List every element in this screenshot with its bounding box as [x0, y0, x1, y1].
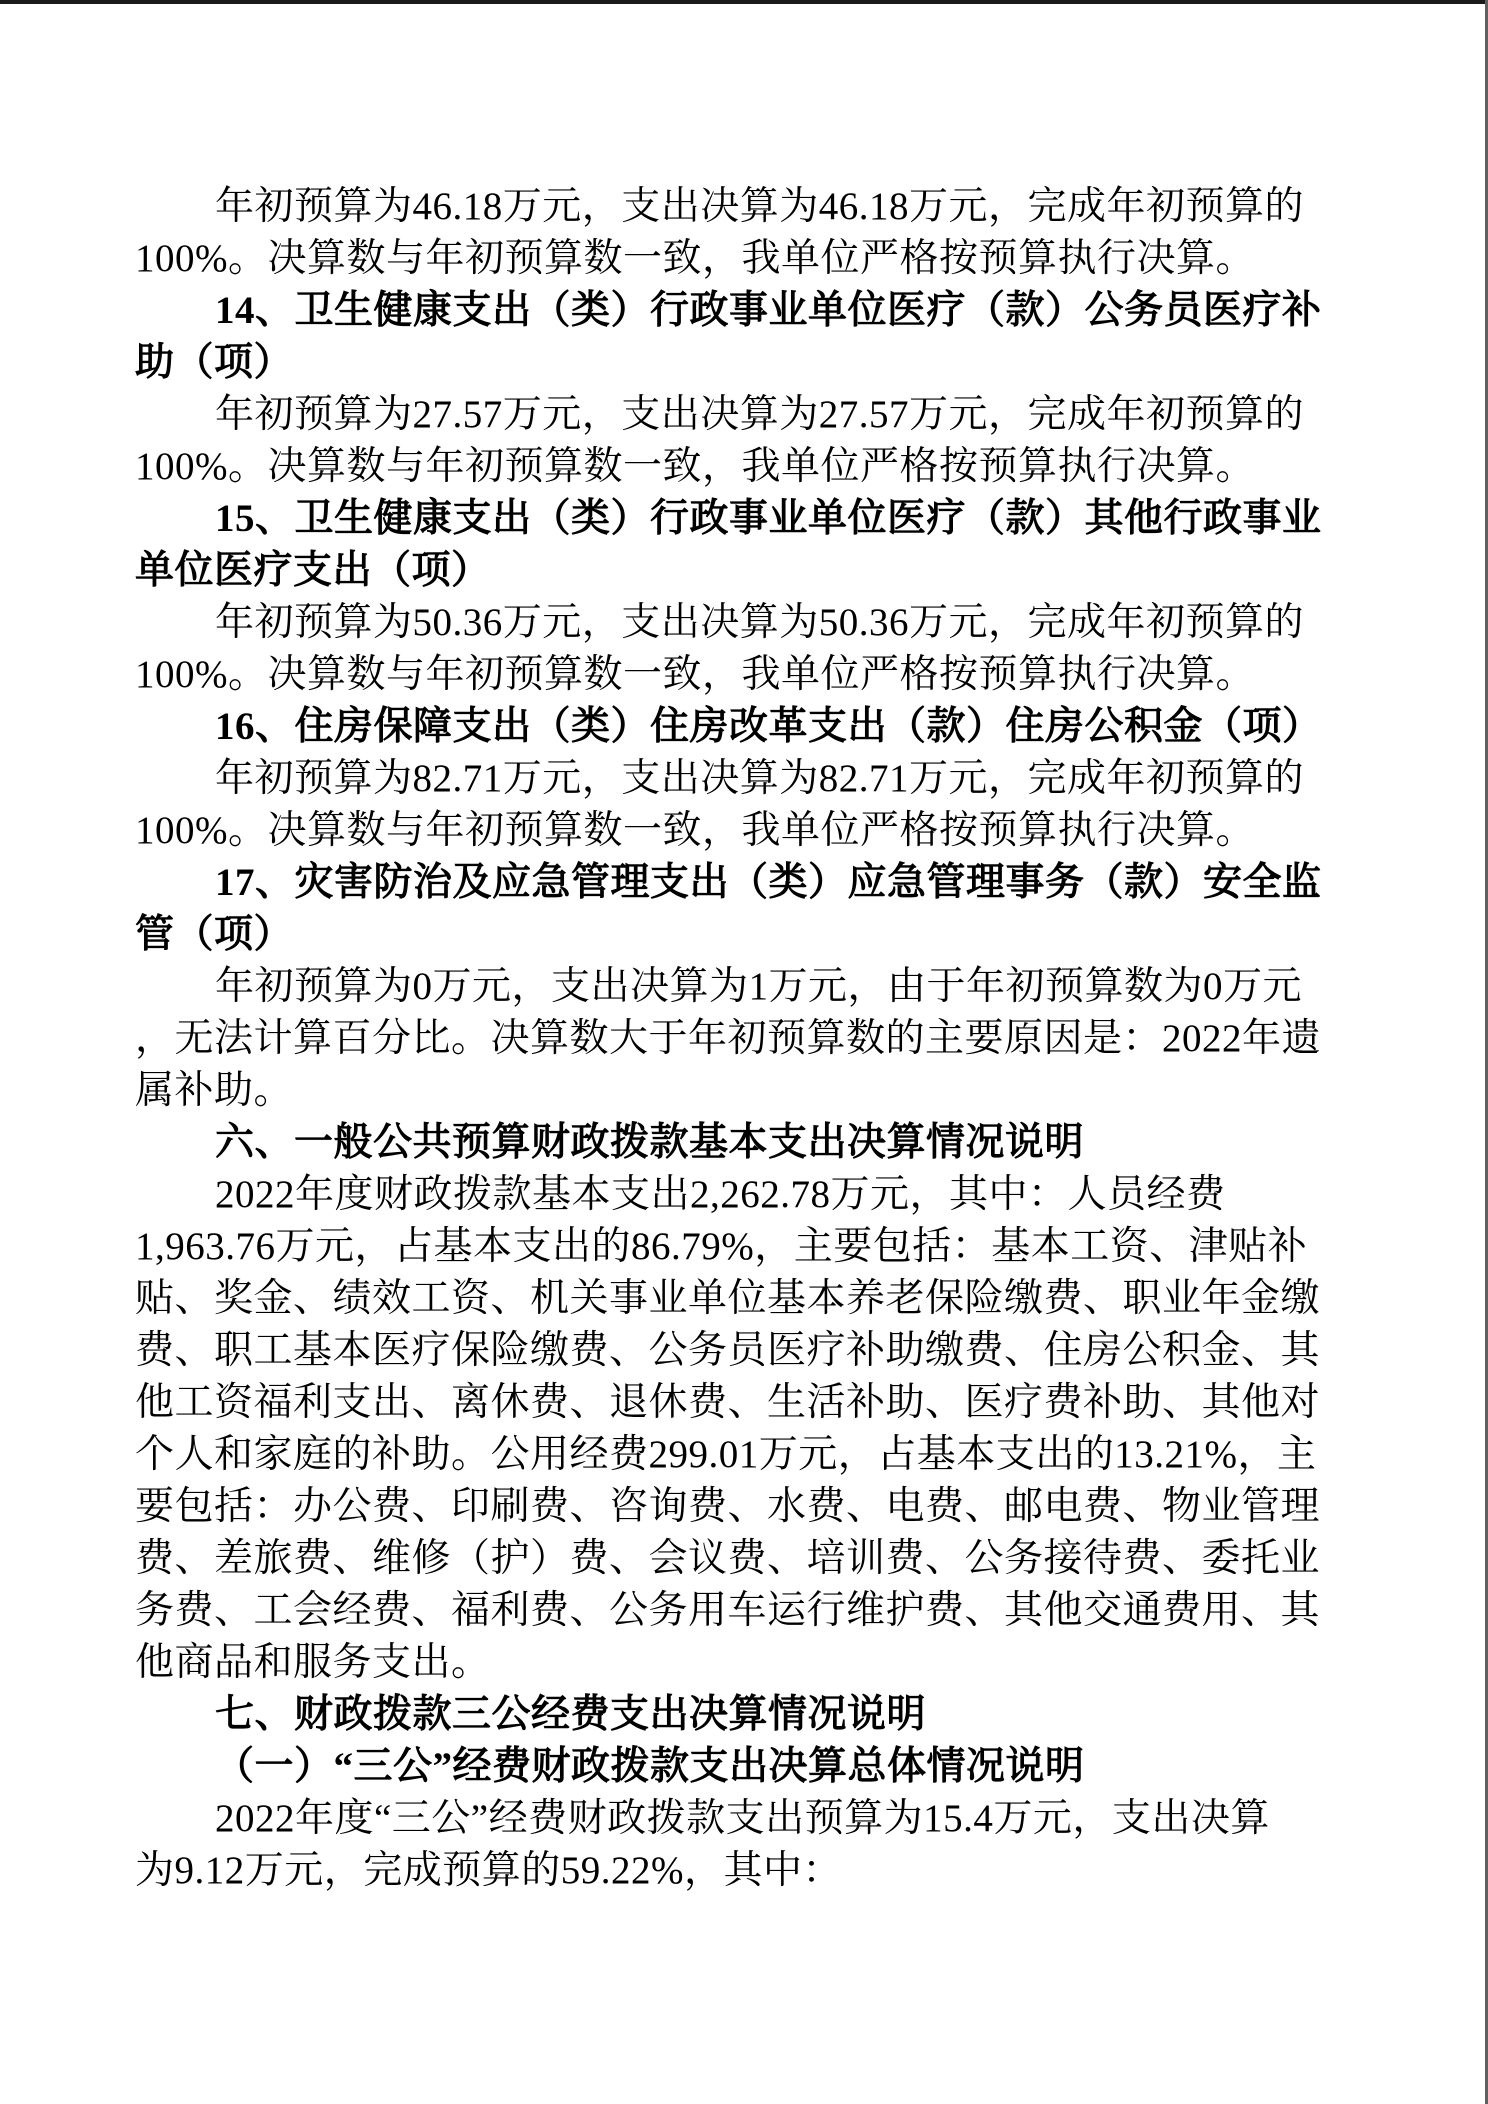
document-viewer-page: 年初预算为46.18万元，支出决算为46.18万元，完成年初预算的100%。决算…	[0, 0, 1488, 2104]
text-line: ，无法计算百分比。决算数大于年初预算数的主要原因是：2022年遗	[135, 1013, 1415, 1065]
text-line: 他商品和服务支出。	[135, 1637, 1415, 1689]
text-line: 100%。决算数与年初预算数一致，我单位严格按预算执行决算。	[135, 805, 1415, 857]
heading-line: 16、住房保障支出（类）住房改革支出（款）住房公积金（项）	[135, 701, 1415, 753]
heading-line: （一）“三公”经费财政拨款支出决算总体情况说明	[135, 1741, 1415, 1793]
text-line: 100%。决算数与年初预算数一致，我单位严格按预算执行决算。	[135, 649, 1415, 701]
text-line: 年初预算为50.36万元，支出决算为50.36万元，完成年初预算的	[135, 597, 1415, 649]
text-line: 费、职工基本医疗保险缴费、公务员医疗补助缴费、住房公积金、其	[135, 1325, 1415, 1377]
heading-line: 管（项）	[135, 909, 1415, 961]
text-line: 务费、工会经费、福利费、公务用车运行维护费、其他交通费用、其	[135, 1585, 1415, 1637]
window-top-border	[0, 0, 1488, 4]
heading-line: 17、灾害防治及应急管理支出（类）应急管理事务（款）安全监	[135, 857, 1415, 909]
heading-line: 七、财政拨款三公经费支出决算情况说明	[135, 1689, 1415, 1741]
text-line: 他工资福利支出、离休费、退休费、生活补助、医疗费补助、其他对	[135, 1377, 1415, 1429]
text-line: 100%。决算数与年初预算数一致，我单位严格按预算执行决算。	[135, 233, 1415, 285]
heading-line: 六、一般公共预算财政拨款基本支出决算情况说明	[135, 1117, 1415, 1169]
text-line: 100%。决算数与年初预算数一致，我单位严格按预算执行决算。	[135, 441, 1415, 493]
heading-line: 14、卫生健康支出（类）行政事业单位医疗（款）公务员医疗补	[135, 285, 1415, 337]
text-line: 2022年度“三公”经费财政拨款支出预算为15.4万元，支出决算	[135, 1793, 1415, 1845]
document-text: 年初预算为46.18万元，支出决算为46.18万元，完成年初预算的100%。决算…	[135, 181, 1415, 1897]
text-line: 为9.12万元，完成预算的59.22%，其中：	[135, 1845, 1415, 1897]
text-line: 年初预算为0万元，支出决算为1万元，由于年初预算数为0万元	[135, 961, 1415, 1013]
text-line: 年初预算为27.57万元，支出决算为27.57万元，完成年初预算的	[135, 389, 1415, 441]
text-line: 贴、奖金、绩效工资、机关事业单位基本养老保险缴费、职业年金缴	[135, 1273, 1415, 1325]
text-line: 1,963.76万元，占基本支出的86.79%，主要包括：基本工资、津贴补	[135, 1221, 1415, 1273]
text-line: 2022年度财政拨款基本支出2,262.78万元，其中：人员经费	[135, 1169, 1415, 1221]
text-line: 要包括：办公费、印刷费、咨询费、水费、电费、邮电费、物业管理	[135, 1481, 1415, 1533]
text-line: 费、差旅费、维修（护）费、会议费、培训费、公务接待费、委托业	[135, 1533, 1415, 1585]
text-line: 属补助。	[135, 1065, 1415, 1117]
heading-line: 单位医疗支出（项）	[135, 545, 1415, 597]
text-line: 年初预算为46.18万元，支出决算为46.18万元，完成年初预算的	[135, 181, 1415, 233]
text-line: 年初预算为82.71万元，支出决算为82.71万元，完成年初预算的	[135, 753, 1415, 805]
heading-line: 助（项）	[135, 337, 1415, 389]
heading-line: 15、卫生健康支出（类）行政事业单位医疗（款）其他行政事业	[135, 493, 1415, 545]
text-line: 个人和家庭的补助。公用经费299.01万元，占基本支出的13.21%，主	[135, 1429, 1415, 1481]
